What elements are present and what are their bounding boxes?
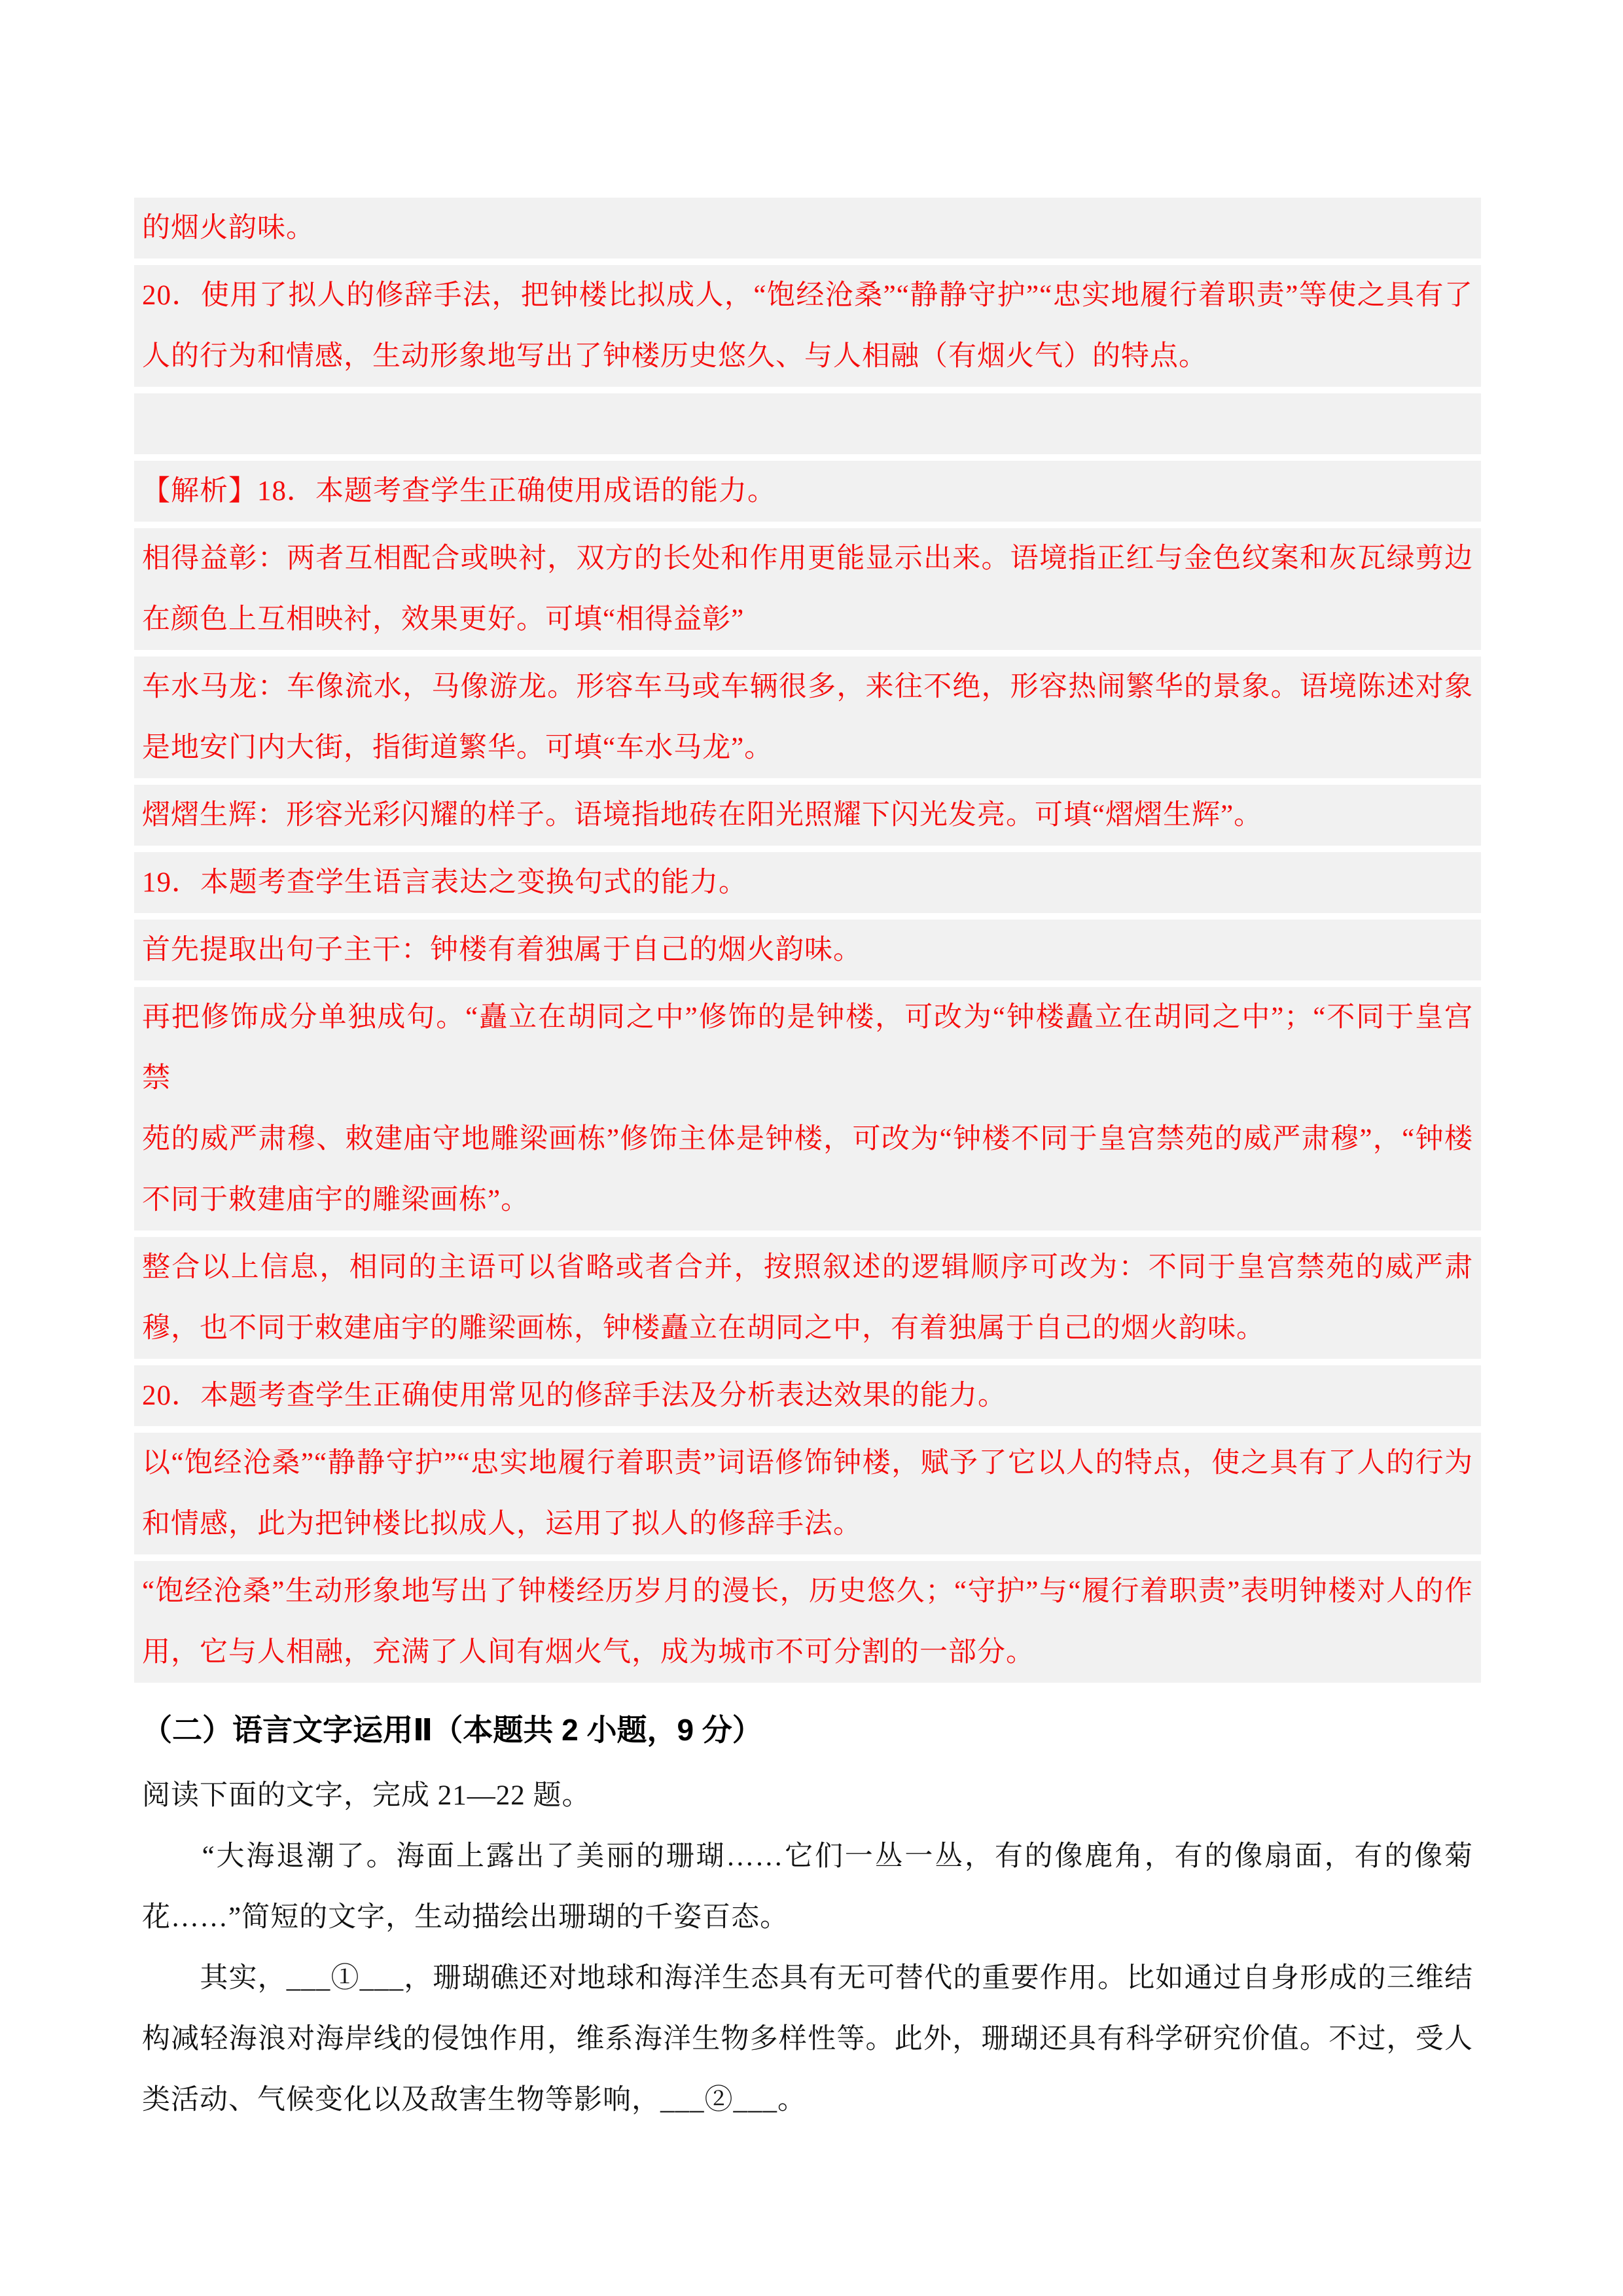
text-line: 是地安门内大街，指街道繁华。可填“车水马龙”。 [142, 717, 1473, 778]
analysis-answers-block: 的烟火韵味。 20．使用了拟人的修辞手法，把钟楼比拟成人，“饱经沧桑”“静静守护… [134, 198, 1481, 1683]
text-line: 苑的威严肃穆、敕建庙守地雕梁画栋”修饰主体是钟楼，可改为“钟楼不同于皇宫禁苑的威… [142, 1109, 1473, 1170]
analysis-paragraph-q20-intro: 20．本题考查学生正确使用常见的修辞手法及分析表达效果的能力。 [134, 1365, 1481, 1426]
text-line: 构减轻海浪对海岸线的侵蚀作用，维系海洋生物多样性等。此外，珊瑚还具有科学研究价值… [142, 2009, 1473, 2070]
analysis-paragraph-modifiers: 再把修饰成分单独成句。“矗立在胡同之中”修饰的是钟楼，可改为“钟楼矗立在胡同之中… [134, 987, 1481, 1230]
answer-paragraph-continuation: 的烟火韵味。 [134, 198, 1481, 259]
text-line: 19．本题考查学生语言表达之变换句式的能力。 [142, 852, 1473, 913]
text-line: 相得益彰：两者互相配合或映衬，双方的长处和作用更能显示出来。语境指正红与金色纹案… [142, 528, 1473, 589]
text-line: 【解析】18．本题考查学生正确使用成语的能力。 [142, 461, 1473, 522]
text-line: 整合以上信息，相同的主语可以省略或者合并，按照叙述的逻辑顺序可改为：不同于皇宫禁… [142, 1237, 1473, 1298]
text-line: “饱经沧桑”生动形象地写出了钟楼经历岁月的漫长，历史悠久；“守护”与“履行着职责… [142, 1561, 1473, 1622]
document-page: 的烟火韵味。 20．使用了拟人的修辞手法，把钟楼比拟成人，“饱经沧桑”“静静守护… [134, 198, 1481, 2130]
text-line: 再把修饰成分单独成句。“矗立在胡同之中”修饰的是钟楼，可改为“钟楼矗立在胡同之中… [142, 987, 1473, 1109]
text-line: 车水马龙：车像流水，马像游龙。形容车马或车辆很多，来往不绝，形容热闹繁华的景象。… [142, 656, 1473, 717]
text-line: 20．本题考查学生正确使用常见的修辞手法及分析表达效果的能力。 [142, 1365, 1473, 1426]
blank-paragraph [134, 393, 1481, 454]
analysis-paragraph-personification: 以“饱经沧桑”“静静守护”“忠实地履行着职责”词语修饰钟楼，赋予了它以人的特点，… [134, 1433, 1481, 1554]
text-line: 人的行为和情感，生动形象地写出了钟楼历史悠久、与人相融（有烟火气）的特点。 [142, 326, 1473, 387]
text-line: 其实，___①___，珊瑚礁还对地球和海洋生态具有无可替代的重要作用。比如通过自… [142, 1948, 1473, 2009]
analysis-paragraph-q19: 19．本题考查学生语言表达之变换句式的能力。 [134, 852, 1481, 913]
text-line: 20．使用了拟人的修辞手法，把钟楼比拟成人，“饱经沧桑”“静静守护”“忠实地履行… [142, 265, 1473, 326]
analysis-heading-paragraph: 【解析】18．本题考查学生正确使用成语的能力。 [134, 461, 1481, 522]
analysis-paragraph-merge: 整合以上信息，相同的主语可以省略或者合并，按照叙述的逻辑顺序可改为：不同于皇宫禁… [134, 1237, 1481, 1359]
text-line: 花……”简短的文字，生动描绘出珊瑚的千姿百态。 [142, 1887, 1473, 1948]
section-heading: （二）语言文字运用Ⅱ（本题共 2 小题，9 分） [134, 1697, 1481, 1763]
text-line [142, 393, 1473, 454]
text-line: 类活动、气候变化以及敌害生物等影响，___②___。 [142, 2070, 1473, 2130]
text-line: “大海退潮了。海面上露出了美丽的珊瑚……它们一丛一丛，有的像鹿角，有的像扇面，有… [142, 1826, 1473, 1887]
text-line: 的烟火韵味。 [142, 198, 1473, 259]
text-line: 在颜色上互相映衬，效果更好。可填“相得益彰” [142, 589, 1473, 650]
text-line: 用，它与人相融，充满了人间有烟火气，成为城市不可分割的一部分。 [142, 1622, 1473, 1683]
passage-paragraph-coral-function: 其实，___①___，珊瑚礁还对地球和海洋生态具有无可替代的重要作用。比如通过自… [134, 1948, 1481, 2130]
text-line: 首先提取出句子主干：钟楼有着独属于自己的烟火韵味。 [142, 920, 1473, 980]
analysis-paragraph-sentence-core: 首先提取出句子主干：钟楼有着独属于自己的烟火韵味。 [134, 920, 1481, 980]
text-line: 阅读下面的文字，完成 21—22 题。 [142, 1765, 1473, 1826]
answer-paragraph-q20: 20．使用了拟人的修辞手法，把钟楼比拟成人，“饱经沧桑”“静静守护”“忠实地履行… [134, 265, 1481, 387]
text-line: 和情感，此为把钟楼比拟成人，运用了拟人的修辞手法。 [142, 1494, 1473, 1554]
text-line: 以“饱经沧桑”“静静守护”“忠实地履行着职责”词语修饰钟楼，赋予了它以人的特点，… [142, 1433, 1473, 1494]
text-line: 熠熠生辉：形容光彩闪耀的样子。语境指地砖在阳光照耀下闪光发亮。可填“熠熠生辉”。 [142, 785, 1473, 846]
instruction-paragraph: 阅读下面的文字，完成 21—22 题。 [134, 1765, 1481, 1826]
analysis-paragraph-yiyishenghui: 熠熠生辉：形容光彩闪耀的样子。语境指地砖在阳光照耀下闪光发亮。可填“熠熠生辉”。 [134, 785, 1481, 846]
text-line: 穆，也不同于敕建庙宇的雕梁画栋，钟楼矗立在胡同之中，有着独属于自己的烟火韵味。 [142, 1298, 1473, 1359]
analysis-paragraph-effect: “饱经沧桑”生动形象地写出了钟楼经历岁月的漫长，历史悠久；“守护”与“履行着职责… [134, 1561, 1481, 1683]
language-use-section: （二）语言文字运用Ⅱ（本题共 2 小题，9 分） 阅读下面的文字，完成 21—2… [134, 1697, 1481, 2130]
analysis-paragraph-cheshuimalong: 车水马龙：车像流水，马像游龙。形容车马或车辆很多，来往不绝，形容热闹繁华的景象。… [134, 656, 1481, 778]
text-line: 不同于敕建庙宇的雕梁画栋”。 [142, 1170, 1473, 1230]
passage-paragraph-coral-description: “大海退潮了。海面上露出了美丽的珊瑚……它们一丛一丛，有的像鹿角，有的像扇面，有… [134, 1826, 1481, 1948]
analysis-paragraph-xiangdeyizhang: 相得益彰：两者互相配合或映衬，双方的长处和作用更能显示出来。语境指正红与金色纹案… [134, 528, 1481, 650]
